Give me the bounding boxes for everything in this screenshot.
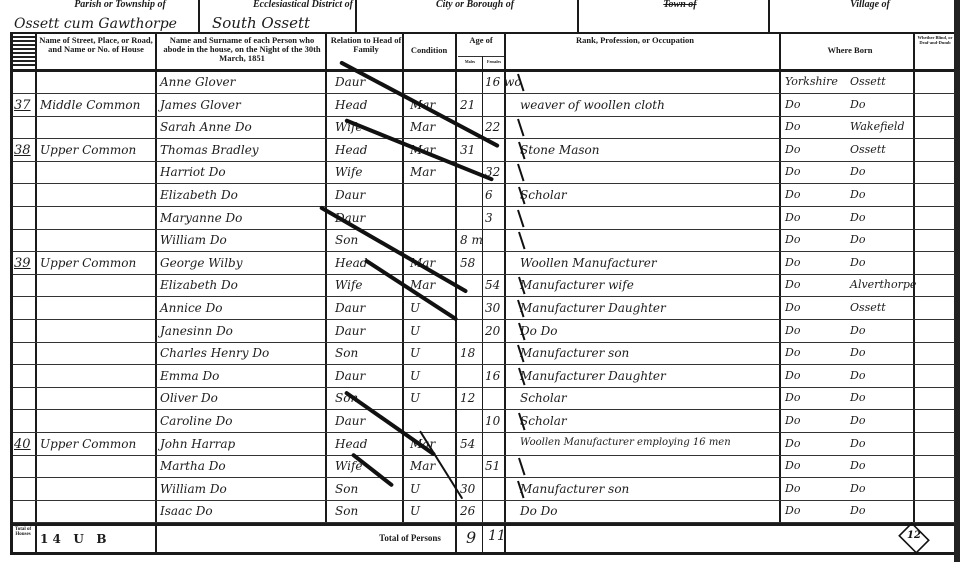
person-name: George Wilby	[160, 256, 243, 270]
relation-to-head: Daur	[335, 188, 365, 202]
relation-to-head: Daur	[335, 369, 365, 383]
census-row: 39Upper CommonGeorge WilbyHeadMar58Wooll…	[0, 253, 960, 275]
person-name: Anne Glover	[160, 75, 235, 89]
occupation: Do Do	[520, 324, 558, 338]
age-male: 54	[460, 437, 475, 451]
birthplace-place: Do	[850, 256, 865, 269]
page-number: 12	[896, 530, 932, 541]
census-row: Oliver DoSonU12ScholarDoDo	[0, 388, 960, 410]
marital-condition: U	[410, 482, 420, 496]
total-houses-value: 1 4 U B	[40, 532, 107, 546]
occupation: Woollen Manufacturer employing 16 men	[520, 437, 731, 448]
birthplace-county: Do	[785, 324, 800, 337]
birthplace-county: Do	[785, 188, 800, 201]
birthplace-place: Wakefield	[850, 120, 905, 133]
occupation: weaver of woollen cloth	[520, 98, 665, 112]
birthplace-county: Do	[785, 256, 800, 269]
birthplace-place: Do	[850, 369, 865, 382]
age-female: 3	[485, 211, 493, 225]
person-name: William Do	[160, 233, 227, 247]
header-divider	[768, 0, 770, 32]
col-header-schedule	[13, 36, 35, 66]
census-row: William DoSon8 mDoDo	[0, 230, 960, 252]
census-row: 38Upper CommonThomas BradleyHeadMar31Sto…	[0, 140, 960, 162]
census-row: Elizabeth DoDaur6ScholarDoDo	[0, 185, 960, 207]
census-row: Anne GloverDaur16 woYorkshireOssett	[0, 72, 960, 94]
occupation: Manufacturer Daughter	[520, 301, 666, 315]
ecclesiastical-district-value: South Ossett	[212, 14, 310, 32]
marital-condition: U	[410, 391, 420, 405]
relation-to-head: Daur	[335, 414, 365, 428]
birthplace-county: Do	[785, 346, 800, 359]
city-borough-label: City or Borough of	[420, 0, 530, 11]
birthplace-place: Do	[850, 459, 865, 472]
birthplace-county: Do	[785, 482, 800, 495]
col-header-males: Males	[458, 60, 482, 64]
age-male: 12	[460, 391, 475, 405]
total-females: 11	[488, 528, 506, 544]
census-row: Maryanne DoDaur3DoDo	[0, 208, 960, 230]
birthplace-place: Ossett	[850, 143, 886, 156]
occupation: Manufacturer son	[520, 346, 629, 360]
parish-label: Parish or Township of	[40, 0, 200, 11]
relation-to-head: Son	[335, 504, 358, 518]
age-female: 30	[485, 301, 500, 315]
occupation: Scholar	[520, 188, 567, 202]
birthplace-place: Do	[850, 98, 865, 111]
occupation: Scholar	[520, 391, 567, 405]
person-name: Martha Do	[160, 459, 226, 473]
marital-condition: U	[410, 369, 420, 383]
age-male: 26	[460, 504, 475, 518]
marital-condition: Mar	[410, 459, 435, 473]
birthplace-place: Do	[850, 211, 865, 224]
person-name: Thomas Bradley	[160, 143, 259, 157]
grid-line	[10, 32, 956, 34]
street-address: Upper Common	[40, 256, 136, 270]
grid-line	[155, 524, 157, 554]
birthplace-county: Do	[785, 143, 800, 156]
person-name: James Glover	[160, 98, 241, 112]
person-name: Oliver Do	[160, 391, 218, 405]
person-name: Emma Do	[160, 369, 219, 383]
person-name: Maryanne Do	[160, 211, 242, 225]
col-header-street: Name of Street, Place, or Road, and Name…	[38, 36, 154, 54]
person-name: John Harrap	[160, 437, 235, 451]
birthplace-county: Do	[785, 301, 800, 314]
age-female: 54	[485, 278, 500, 292]
relation-to-head: Son	[335, 482, 358, 496]
relation-to-head: Head	[335, 256, 367, 270]
age-female: 16 wo	[485, 75, 522, 89]
birthplace-county: Do	[785, 278, 800, 291]
street-address: Upper Common	[40, 437, 136, 451]
occupation: Manufacturer wife	[520, 278, 634, 292]
relation-to-head: Daur	[335, 324, 365, 338]
birthplace-place: Do	[850, 324, 865, 337]
col-header-condition: Condition	[404, 46, 454, 55]
person-name: Isaac Do	[160, 504, 213, 518]
birthplace-place: Ossett	[850, 301, 886, 314]
birthplace-place: Do	[850, 188, 865, 201]
age-female: 22	[485, 120, 500, 134]
census-row: Janesinn DoDaurU20Do DoDoDo	[0, 321, 960, 343]
birthplace-place: Do	[850, 437, 865, 450]
marital-condition: Mar	[410, 165, 435, 179]
person-name: Elizabeth Do	[160, 188, 238, 202]
occupation: Stone Mason	[520, 143, 599, 157]
birthplace-county: Do	[785, 391, 800, 404]
col-header-blind: Whether Blind, or Deaf-and-Dumb	[916, 36, 954, 45]
col-header-name: Name and Surname of each Person who abod…	[158, 36, 326, 63]
occupation: Manufacturer Daughter	[520, 369, 666, 383]
schedule-number: 37	[14, 98, 31, 113]
total-males: 9	[466, 528, 476, 547]
marital-condition: U	[410, 324, 420, 338]
total-houses-label: Total of Houses	[12, 527, 34, 538]
census-row: Martha DoWifeMar51DoDo	[0, 456, 960, 478]
birthplace-county: Yorkshire	[785, 75, 838, 88]
birthplace-county: Do	[785, 165, 800, 178]
birthplace-place: Alverthorpe	[850, 278, 916, 291]
occupation: Scholar	[520, 414, 567, 428]
census-row: Charles Henry DoSonU18Manufacturer sonDo…	[0, 343, 960, 365]
marital-condition: Mar	[410, 120, 435, 134]
col-header-age: Age of	[458, 36, 504, 45]
census-row: 40Upper CommonJohn HarrapHeadMar54Woolle…	[0, 434, 960, 456]
person-name: Sarah Anne Do	[160, 120, 252, 134]
census-row: Emma DoDaurU16Manufacturer DaughterDoDo	[0, 366, 960, 388]
person-name: Charles Henry Do	[160, 346, 269, 360]
age-male: 8 m	[460, 233, 483, 247]
census-row: William DoSonU30Manufacturer sonDoDo	[0, 479, 960, 501]
town-label: Town of	[640, 0, 720, 11]
relation-to-head: Son	[335, 233, 358, 247]
birthplace-place: Do	[850, 233, 865, 246]
marital-condition: U	[410, 301, 420, 315]
age-male: 31	[460, 143, 475, 157]
grid-line	[458, 56, 504, 57]
relation-to-head: Son	[335, 346, 358, 360]
street-address: Middle Common	[40, 98, 140, 112]
census-row: Caroline DoDaur10ScholarDoDo	[0, 411, 960, 433]
census-row: 37Middle CommonJames GloverHeadMar21weav…	[0, 95, 960, 117]
header-divider	[355, 0, 357, 32]
census-row: Isaac DoSonU26Do DoDoDo	[0, 501, 960, 523]
birthplace-county: Do	[785, 414, 800, 427]
grid-line	[10, 552, 956, 555]
birthplace-county: Do	[785, 98, 800, 111]
header-divider	[198, 0, 200, 32]
age-male: 58	[460, 256, 475, 270]
person-name: Elizabeth Do	[160, 278, 238, 292]
birthplace-county: Do	[785, 120, 800, 133]
birthplace-place: Do	[850, 482, 865, 495]
marital-condition: U	[410, 504, 420, 518]
birthplace-county: Do	[785, 504, 800, 517]
relation-to-head: Wife	[335, 278, 363, 292]
village-label: Village of	[830, 0, 910, 11]
street-address: Upper Common	[40, 143, 136, 157]
birthplace-county: Do	[785, 459, 800, 472]
birthplace-place: Do	[850, 414, 865, 427]
age-female: 20	[485, 324, 500, 338]
birthplace-place: Do	[850, 346, 865, 359]
census-row: Annice DoDaurU30Manufacturer DaughterDoO…	[0, 298, 960, 320]
occupation: Manufacturer son	[520, 482, 629, 496]
age-female: 6	[485, 188, 493, 202]
relation-to-head: Daur	[335, 301, 365, 315]
marital-condition: U	[410, 346, 420, 360]
age-male: 18	[460, 346, 475, 360]
relation-to-head: Head	[335, 143, 367, 157]
birthplace-county: Do	[785, 437, 800, 450]
census-row: Elizabeth DoWifeMar54Manufacturer wifeDo…	[0, 275, 960, 297]
birthplace-place: Ossett	[850, 75, 886, 88]
age-female: 10	[485, 414, 500, 428]
age-male: 30	[460, 482, 475, 496]
schedule-number: 38	[14, 143, 31, 158]
header-divider	[577, 0, 579, 32]
age-male: 21	[460, 98, 475, 112]
occupation: Woollen Manufacturer	[520, 256, 657, 270]
birthplace-place: Do	[850, 504, 865, 517]
col-header-females: Females	[484, 60, 504, 64]
birthplace-place: Do	[850, 165, 865, 178]
birthplace-county: Do	[785, 369, 800, 382]
row-rule	[13, 522, 955, 523]
schedule-number: 40	[14, 437, 31, 452]
person-name: William Do	[160, 482, 227, 496]
person-name: Janesinn Do	[160, 324, 233, 338]
birthplace-county: Do	[785, 233, 800, 246]
occupation: Do Do	[520, 504, 558, 518]
age-female: 51	[485, 459, 500, 473]
birthplace-county: Do	[785, 211, 800, 224]
schedule-number: 39	[14, 256, 31, 271]
birthplace-place: Do	[850, 391, 865, 404]
col-header-where-born: Where Born	[790, 46, 910, 55]
person-name: Harriot Do	[160, 165, 226, 179]
age-female: 16	[485, 369, 500, 383]
relation-to-head: Head	[335, 98, 367, 112]
grid-line	[10, 523, 956, 526]
parish-value: Ossett cum Gawthorpe	[14, 16, 177, 32]
person-name: Caroline Do	[160, 414, 232, 428]
person-name: Annice Do	[160, 301, 222, 315]
col-header-relation: Relation to Head of Family	[330, 36, 402, 54]
col-header-occupation: Rank, Profession, or Occupation	[560, 36, 710, 45]
relation-to-head: Daur	[335, 75, 365, 89]
relation-to-head: Wife	[335, 165, 363, 179]
relation-to-head: Head	[335, 437, 367, 451]
total-persons-label: Total of Persons	[370, 534, 450, 543]
